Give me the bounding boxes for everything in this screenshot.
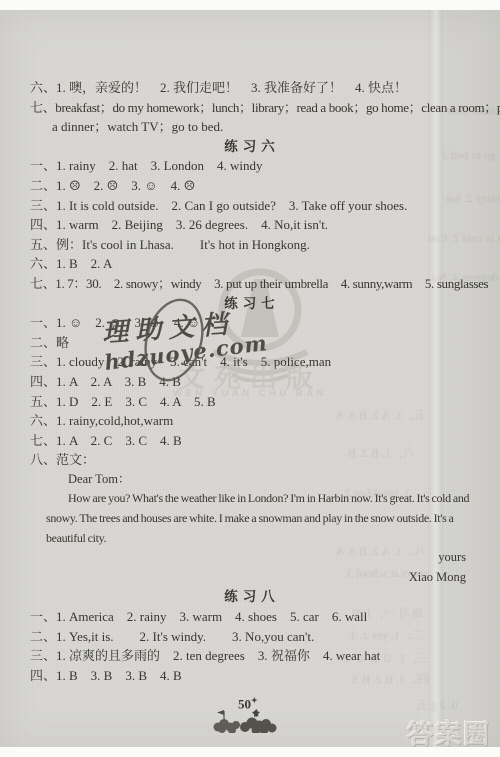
- answer-line: 四、1. A 2. A 3. B 4. B: [30, 372, 474, 392]
- answer-line: a dinner；watch TV；go to bed.: [30, 117, 474, 137]
- answer-key-text-block: 六、1. 噢，亲爱的！ 2. 我们走吧！ 3. 我准备好了！ 4. 快点！七、b…: [30, 78, 474, 685]
- answer-line: 六、1. 噢，亲爱的！ 2. 我们走吧！ 3. 我准备好了！ 4. 快点！: [30, 78, 474, 98]
- paper-sheet: lay football havego to bed 21. rainy 2. …: [0, 10, 500, 747]
- answer-line: 七、1. 7：30. 2. snowy；windy 3. put up thei…: [30, 274, 474, 294]
- answer-line: 一、1. rainy 2. hat 3. London 4. windy: [30, 156, 474, 176]
- answer-line: Xiao Mong: [30, 568, 474, 588]
- answer-site-name: 答案圈: [403, 714, 495, 751]
- answer-line: 四、1. warm 2. Beijing 3. 26 degrees. 4. N…: [30, 215, 474, 235]
- answer-line: 五、例：It's cool in Lhasa. It's hot in Hong…: [30, 235, 474, 255]
- answer-line: 二、1. ☹ 2. ☹ 3. ☺ 4. ☹: [30, 176, 474, 196]
- answer-line: 一、1. America 2. rainy 3. warm 4. shoes 5…: [30, 607, 474, 627]
- answer-line: Dear Tom：: [30, 470, 474, 490]
- star-icon: ✦: [251, 696, 258, 705]
- answer-line: 六、1. rainy,cold,hot,warm: [30, 411, 474, 431]
- scan-edge-bottom: [0, 747, 500, 757]
- page-number: 50✦: [238, 696, 258, 712]
- answer-line: 六、1. B 2. A: [30, 254, 474, 274]
- answer-line: snowy. The trees and houses are white. I…: [30, 509, 474, 529]
- answer-line: 一、1. ☺ 2. ☺ 3. ☺ 4. ☺: [30, 313, 474, 333]
- scan-edge-top: [0, 0, 500, 10]
- answer-line: How are you? What's the weather like in …: [30, 489, 474, 509]
- answer-line: 七、1. A 2. C 3. C 4. B: [30, 431, 474, 451]
- ghost-text: 0. 2 g 五: [416, 696, 458, 713]
- answer-line: yours: [30, 548, 474, 568]
- answer-line: 八、范文：: [30, 450, 474, 470]
- answer-line: 三、1. 凉爽的且多雨的 2. ten degrees 3. 祝福你 4. we…: [30, 646, 474, 666]
- answer-line: beautiful city.: [30, 529, 474, 549]
- section-heading: 练习八: [30, 587, 474, 607]
- handwritten-circle-mark: [136, 294, 212, 386]
- section-heading: 练习六: [30, 137, 474, 157]
- answer-line: 三、1. It is cold outside. 2. Can I go out…: [30, 196, 474, 216]
- answer-line: 四、1. B 3. B 3. B 4. B: [30, 666, 474, 686]
- scanned-workbook-answer-page: { "page": { "number": "50", "paper_color…: [0, 0, 500, 757]
- answer-line: 五、1. D 2. E 3. C 4. A 5. B: [30, 392, 474, 412]
- answer-line: 七、breakfast；do my homework；lunch；library…: [30, 98, 474, 118]
- section-heading: 练习七: [30, 294, 474, 314]
- answer-line: 二、1. Yes,it is. 2. It's windy. 3. No,you…: [30, 627, 474, 647]
